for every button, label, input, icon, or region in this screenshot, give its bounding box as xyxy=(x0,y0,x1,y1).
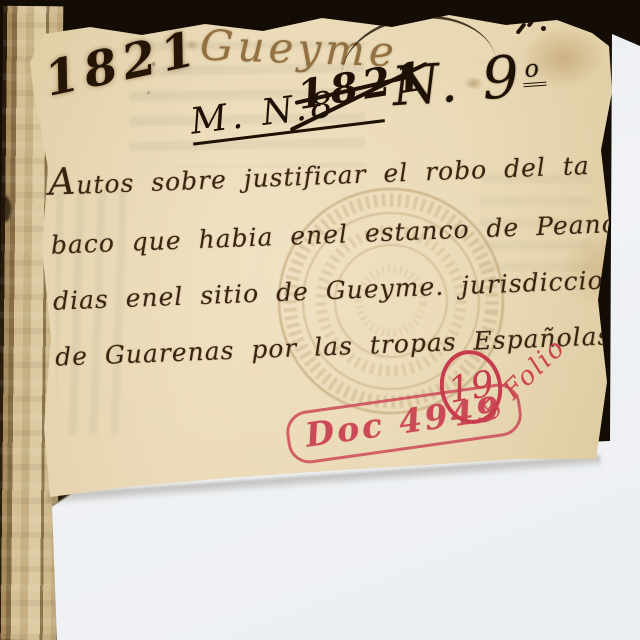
binding-notch xyxy=(0,196,11,222)
ink-flourish-mark xyxy=(541,26,546,31)
document-number-prefix: N. xyxy=(390,51,463,119)
manuscript-photo: 1821 Gueyme 1821 N. 9o M. N.8 Autos sobr… xyxy=(0,0,640,640)
case-description-line: dias enel sitio de Gueyme. jurisdiccion xyxy=(52,265,613,315)
ink-flourish-mark xyxy=(515,22,526,35)
document-number: N. 9o xyxy=(390,41,548,120)
case-description-line: baco que habia enel estanco de Peano Me xyxy=(50,209,611,259)
document-number-ordinal: o xyxy=(521,54,546,87)
document-number-value: 9 xyxy=(480,42,526,113)
ink-flourish-mark xyxy=(526,15,537,28)
